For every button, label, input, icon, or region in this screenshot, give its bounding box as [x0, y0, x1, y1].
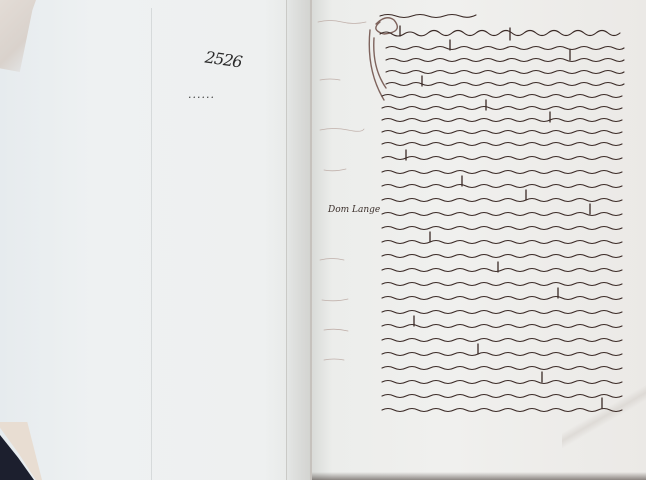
- handwritten-text-block: [310, 0, 646, 480]
- handwritten-lines: [380, 15, 624, 412]
- left-page: 2526 ......: [0, 0, 310, 480]
- torn-corner: [0, 0, 36, 72]
- pencil-folio-number: 2526: [204, 48, 243, 72]
- margin-note: Dom Lange: [328, 205, 380, 215]
- page-gutter: [286, 0, 311, 480]
- paper-fold-line: [151, 8, 152, 480]
- manuscript-spread: 2526 ......: [0, 0, 646, 480]
- faint-bleedthrough-lines: [318, 21, 366, 361]
- pencil-subnote: ......: [188, 88, 215, 101]
- ascender-flourishes: [400, 26, 602, 408]
